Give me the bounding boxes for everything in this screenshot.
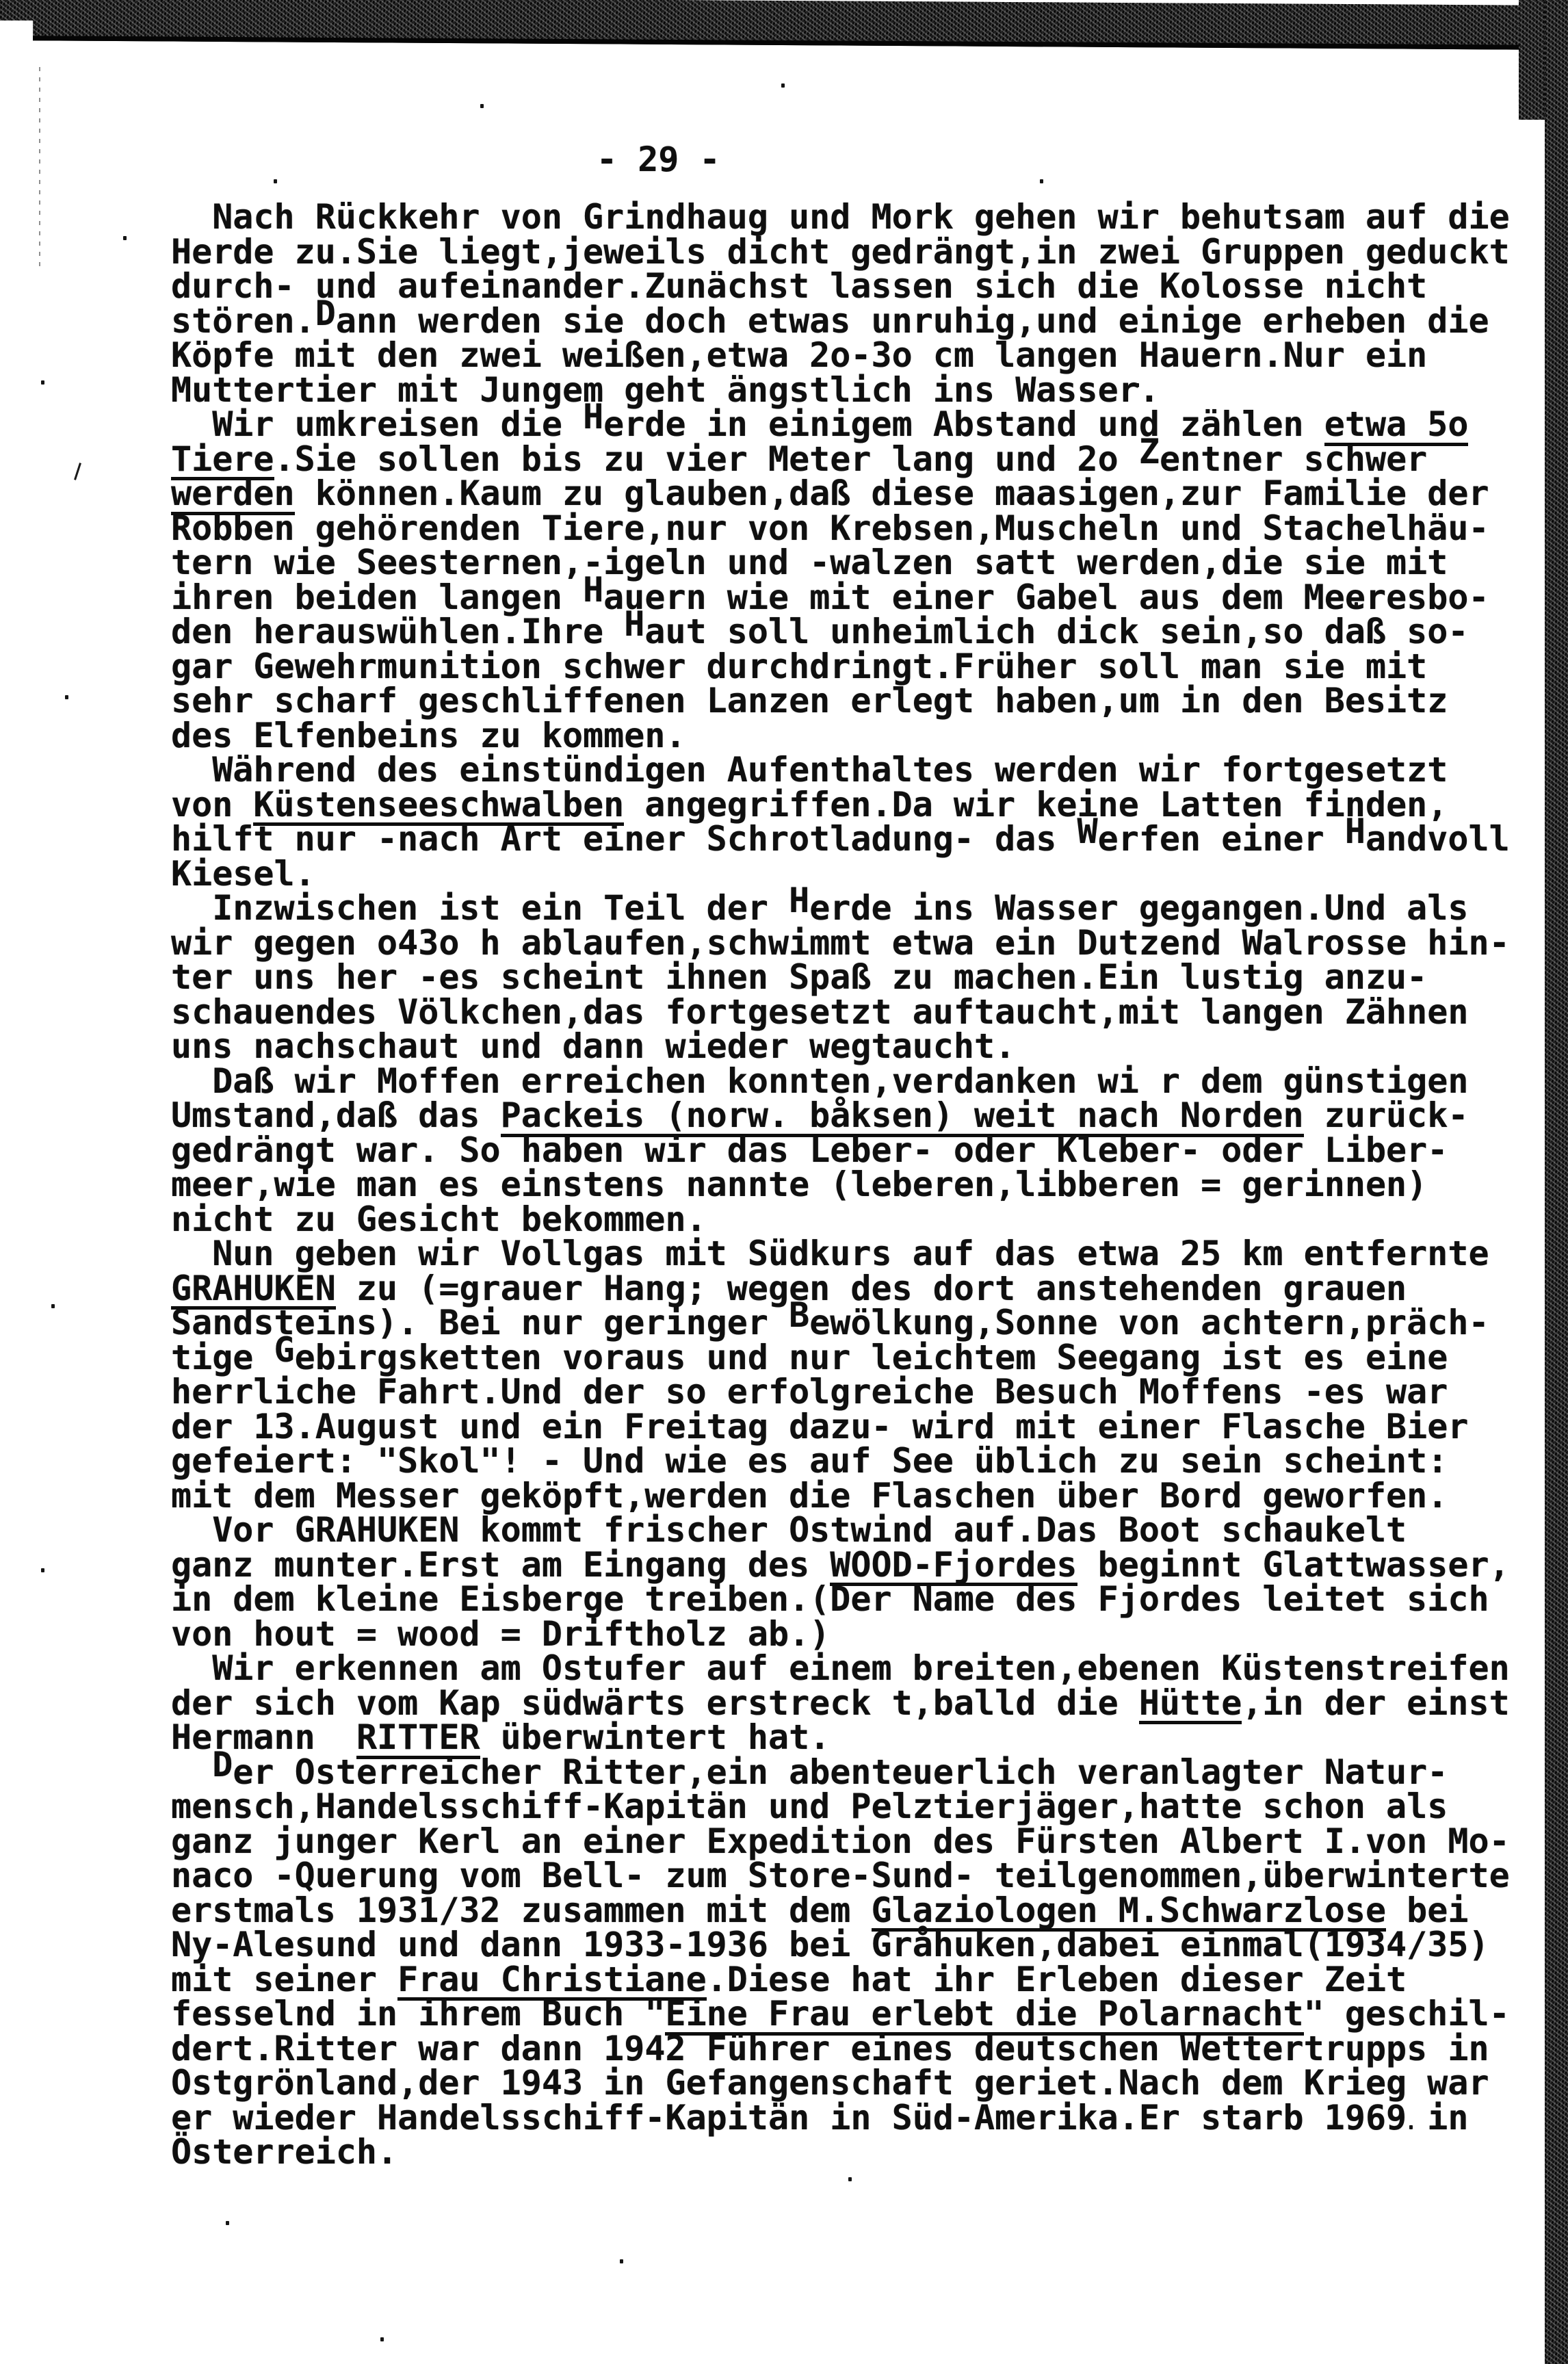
text-segment: H (1345, 814, 1366, 849)
text-line: Wir umkreisen die Herde in einigem Absta… (171, 407, 1546, 442)
text-segment: gedrängt war. So haben wir das Leber- od… (171, 1133, 1448, 1168)
text-line: werden können.Kaum zu glauben,daß diese … (171, 476, 1546, 511)
text-segment: Österreich. (171, 2135, 397, 2170)
text-segment: stören. (171, 304, 315, 339)
scan-speck (226, 2221, 229, 2225)
scan-speck (1136, 383, 1139, 387)
scan-speck (380, 2337, 384, 2341)
text-segment: er wieder Handelsschiff-Kapitän in Süd-A… (171, 2101, 1468, 2135)
text-segment: Vor GRAHUKEN kommt frischer Ostwind auf.… (171, 1513, 1407, 1548)
text-segment: Robben gehörenden Tiere,nur von Krebsen,… (171, 511, 1489, 546)
text-line: gar Gewehrmunition schwer durchdringt.Fr… (171, 649, 1546, 684)
text-line: Köpfe mit den zwei weißen,etwa 2o-3o cm … (171, 338, 1546, 373)
text-line: tige Gebirgsketten voraus und nur leicht… (171, 1340, 1546, 1375)
text-line: Ostgrönland,der 1943 in Gefangenschaft g… (171, 2066, 1546, 2101)
text-segment: Nach Rückkehr von Grindhaug und Mork geh… (171, 200, 1510, 235)
text-segment: H (789, 883, 809, 918)
scan-mark-slash (74, 463, 81, 480)
text-segment: der 13.August und ein Freitag dazu- wird… (171, 1410, 1468, 1444)
text-segment: dert.Ritter war dann 1942 Führer eines d… (171, 2031, 1489, 2066)
text-segment: Kiesel. (171, 857, 315, 892)
text-segment: Während des einstündigen Aufenthaltes we… (171, 753, 1448, 788)
text-segment: H (583, 573, 603, 608)
text-segment: D (212, 1748, 233, 1782)
text-segment: erde ins Wasser gegangen.Und als (809, 891, 1468, 926)
text-segment: Herde zu.Sie liegt,jeweils dicht gedräng… (171, 235, 1510, 270)
text-line: ter uns her -es scheint ihnen Spaß zu ma… (171, 960, 1546, 995)
text-line: ihren beiden langen Hauern wie mit einer… (171, 580, 1546, 615)
text-line: Während des einstündigen Aufenthaltes we… (171, 753, 1546, 788)
text-segment: tern wie Seesternen,-igeln und -walzen s… (171, 545, 1448, 580)
text-line: der sich vom Kap südwärts erstreck t,bal… (171, 1686, 1546, 1721)
text-segment: meer,wie man es einstens nannte (leberen… (171, 1167, 1427, 1202)
text-segment: hilft nur -nach Art einer Schrotladung- … (171, 822, 1077, 857)
text-segment: Daß wir Moffen erreichen konnten,verdank… (171, 1064, 1468, 1099)
text-line: ganz junger Kerl an einer Expedition des… (171, 1824, 1546, 1859)
scan-speck (1040, 179, 1043, 183)
text-segment: Ostgrönland,der 1943 in Gefangenschaft g… (171, 2066, 1489, 2101)
text-segment: von (171, 788, 253, 822)
text-segment: Sandsteins). Bei nur geringer (171, 1306, 789, 1340)
text-segment: uns nachschaut und dann wieder wegtaucht… (171, 1029, 1015, 1064)
document-page: - 29 - Nach Rückkehr von Grindhaug und M… (0, 0, 1568, 2364)
scan-speck (41, 1568, 44, 1572)
text-line: des Elfenbeins zu kommen. (171, 718, 1546, 753)
page-number: - 29 - (597, 140, 720, 179)
scan-speck (1355, 602, 1358, 606)
text-line: gefeiert: "Skol"! - Und wie es auf See ü… (171, 1444, 1546, 1479)
text-line: Umstand,daß das Packeis (norw. båksen) w… (171, 1098, 1546, 1133)
scan-artifact-page-edge-line (39, 67, 40, 272)
text-segment: Wir erkennen am Ostufer auf einem breite… (171, 1651, 1510, 1686)
text-line: Nach Rückkehr von Grindhaug und Mork geh… (171, 200, 1546, 235)
text-segment: erstmals 1931/32 zusammen mit dem (171, 1893, 872, 1928)
text-line: durch- und aufeinander.Zunächst lassen s… (171, 269, 1546, 304)
text-segment: überwintert hat. (480, 1720, 831, 1755)
text-segment: zurück- (1304, 1098, 1469, 1133)
text-line: Tiere.Sie sollen bis zu vier Meter lang … (171, 442, 1546, 477)
text-line: Österreich. (171, 2135, 1546, 2170)
text-segment: ,in der einst (1242, 1686, 1509, 1721)
text-line: Kiesel. (171, 857, 1546, 892)
text-segment: in dem kleine Eisberge treiben.(Der Name… (171, 1582, 1489, 1617)
text-line: von Küstenseeschwalben angegriffen.Da wi… (171, 788, 1546, 822)
text-line: Hermann RITTER überwintert hat. (171, 1720, 1546, 1755)
text-line: mit dem Messer geköpft,werden die Flasch… (171, 1479, 1546, 1514)
text-line: mensch,Handelsschiff-Kapitän und Pelztie… (171, 1789, 1546, 1824)
text-line: GRAHUKEN zu (=grauer Hang; wegen des dor… (171, 1271, 1546, 1306)
text-segment: aut soll unheimlich dick sein,so daß so- (644, 614, 1468, 649)
text-line: gedrängt war. So haben wir das Leber- od… (171, 1133, 1546, 1168)
text-segment: andvoll (1366, 822, 1510, 857)
text-segment: herrliche Fahrt.Und der so erfolgreiche … (171, 1375, 1448, 1410)
text-segment: Köpfe mit den zwei weißen,etwa 2o-3o cm … (171, 338, 1427, 373)
text-segment: Umstand,daß das (171, 1098, 501, 1133)
text-line: der 13.August und ein Freitag dazu- wird… (171, 1410, 1546, 1444)
text-line: wir gegen o43o h ablaufen,schwimmt etwa … (171, 926, 1546, 961)
text-segment: G (274, 1333, 295, 1368)
text-line: stören.Dann werden sie doch etwas unruhi… (171, 304, 1546, 339)
text-line: sehr scharf geschliffenen Lanzen erlegt … (171, 684, 1546, 718)
text-segment: Inzwischen ist ein Teil der (171, 891, 789, 926)
text-segment: entner schwer (1160, 442, 1427, 477)
text-line: uns nachschaut und dann wieder wegtaucht… (171, 1029, 1546, 1064)
text-line: Ny-Alesund und dann 1933-1936 bei Gråhuk… (171, 1927, 1546, 1962)
text-segment: sehr scharf geschliffenen Lanzen erlegt … (171, 684, 1448, 718)
scan-speck (781, 83, 785, 88)
text-segment: erfen einer (1098, 822, 1345, 857)
text-line: naco -Querung vom Bell- zum Store-Sund- … (171, 1858, 1546, 1893)
text-segment: fesselnd in ihrem Buch " (171, 1997, 665, 2031)
text-segment: des Elfenbeins zu kommen. (171, 718, 686, 753)
text-segment: ebirgsketten voraus und nur leichtem See… (295, 1340, 1448, 1375)
text-line: Vor GRAHUKEN kommt frischer Ostwind auf.… (171, 1513, 1546, 1548)
scan-speck (123, 236, 127, 240)
scan-speck (65, 695, 68, 699)
text-segment: Muttertier mit Jungem geht ängstlich ins… (171, 373, 1160, 408)
text-segment: Hermann (171, 1720, 356, 1755)
text-segment: .Diese hat ihr Erleben dieser Zeit (707, 1962, 1407, 1997)
text-segment: ihren beiden langen (171, 580, 583, 615)
text-segment: ganz munter.Erst am Eingang des (171, 1548, 830, 1583)
text-segment: .Sie sollen bis zu vier Meter lang und 2… (274, 442, 1139, 477)
text-line: Sandsteins). Bei nur geringer Bewölkung,… (171, 1306, 1546, 1340)
text-line: erstmals 1931/32 zusammen mit dem Glazio… (171, 1893, 1546, 1928)
text-segment: mit dem Messer geköpft,werden die Flasch… (171, 1479, 1448, 1514)
scan-artifact-right-band (1545, 0, 1568, 2364)
text-segment: wir gegen o43o h ablaufen,schwimmt etwa … (171, 926, 1510, 961)
text-segment: nicht zu Gesicht bekommen. (171, 1202, 707, 1237)
text-segment: tige (171, 1340, 274, 1375)
text-segment: H (583, 400, 603, 434)
scan-speck (41, 380, 44, 385)
text-line: von hout = wood = Driftholz ab.) (171, 1617, 1546, 1652)
text-segment: Ny-Alesund und dann 1933-1936 bei Gråhuk… (171, 1927, 1489, 1962)
text-segment: B (789, 1298, 809, 1333)
text-segment: mensch,Handelsschiff-Kapitän und Pelztie… (171, 1789, 1448, 1824)
text-segment: H (624, 607, 644, 642)
text-segment: schauendes Völkchen,das fortgesetzt auft… (171, 995, 1468, 1030)
text-line: Nun geben wir Vollgas mit Südkurs auf da… (171, 1236, 1546, 1271)
scan-artifact-top-band (0, 0, 1568, 50)
text-line: er wieder Handelsschiff-Kapitän in Süd-A… (171, 2101, 1546, 2135)
text-line: nicht zu Gesicht bekommen. (171, 1202, 1546, 1237)
text-segment: der sich vom Kap südwärts erstreck t,bal… (171, 1686, 1139, 1721)
text-line: hilft nur -nach Art einer Schrotladung- … (171, 822, 1546, 857)
text-segment: ann werden sie doch etwas unruhig,und ei… (336, 304, 1489, 339)
scan-speck (620, 2259, 623, 2263)
text-line: herrliche Fahrt.Und der so erfolgreiche … (171, 1375, 1546, 1410)
text-line: fesselnd in ihrem Buch "Eine Frau erlebt… (171, 1997, 1546, 2031)
text-line: Muttertier mit Jungem geht ängstlich ins… (171, 373, 1546, 408)
text-block: Nach Rückkehr von Grindhaug und Mork geh… (171, 200, 1546, 2170)
scan-speck (1409, 2125, 1413, 2129)
text-line: dert.Ritter war dann 1942 Führer eines d… (171, 2031, 1546, 2066)
text-segment: angegriffen.Da wir keine Latten finden, (624, 788, 1448, 822)
scan-speck (51, 1304, 55, 1308)
text-segment: bei (1386, 1893, 1468, 1928)
text-segment: mit seiner (171, 1962, 397, 1997)
text-segment: D (315, 296, 336, 331)
text-line: den herauswühlen.Ihre Haut soll unheimli… (171, 614, 1546, 649)
text-line: ganz munter.Erst am Eingang des WOOD-Fjo… (171, 1548, 1546, 1583)
underlined-text: Hütte (1139, 1686, 1242, 1725)
scan-speck (848, 2177, 852, 2181)
text-segment: ewölkung,Sonne von achtern,präch- (809, 1306, 1489, 1340)
text-segment: zu (=grauer Hang; wegen des dort anstehe… (336, 1271, 1407, 1306)
scan-speck (480, 104, 484, 108)
text-segment: er Osterreicher Ritter,ein abenteuerlich… (233, 1755, 1448, 1790)
text-line: Robben gehörenden Tiere,nur von Krebsen,… (171, 511, 1546, 546)
text-segment: ter uns her -es scheint ihnen Spaß zu ma… (171, 960, 1427, 995)
text-line: Daß wir Moffen erreichen konnten,verdank… (171, 1064, 1546, 1099)
text-line: Inzwischen ist ein Teil der Herde ins Wa… (171, 891, 1546, 926)
text-line: schauendes Völkchen,das fortgesetzt auft… (171, 995, 1546, 1030)
text-segment: gefeiert: "Skol"! - Und wie es auf See ü… (171, 1444, 1448, 1479)
text-segment: Wir umkreisen die (171, 407, 583, 442)
text-line: Der Osterreicher Ritter,ein abenteuerlic… (171, 1755, 1546, 1790)
text-line: in dem kleine Eisberge treiben.(Der Name… (171, 1582, 1546, 1617)
text-segment (171, 1755, 212, 1790)
text-segment: durch- und aufeinander.Zunächst lassen s… (171, 269, 1427, 304)
text-segment: auern wie mit einer Gabel aus dem Meeres… (603, 580, 1489, 615)
text-segment: können.Kaum zu glauben,daß diese maasige… (295, 476, 1489, 511)
text-segment: ganz junger Kerl an einer Expedition des… (171, 1824, 1510, 1859)
text-segment: gar Gewehrmunition schwer durchdringt.Fr… (171, 649, 1427, 684)
text-line: Herde zu.Sie liegt,jeweils dicht gedräng… (171, 235, 1546, 270)
text-segment: W (1077, 814, 1098, 849)
text-segment: beginnt Glattwasser, (1077, 1548, 1510, 1583)
text-line: meer,wie man es einstens nannte (leberen… (171, 1167, 1546, 1202)
text-line: tern wie Seesternen,-igeln und -walzen s… (171, 545, 1546, 580)
text-line: mit seiner Frau Christiane.Diese hat ihr… (171, 1962, 1546, 1997)
text-segment: erde in einigem Abstand und zählen (603, 407, 1324, 442)
text-segment: den herauswühlen.Ihre (171, 614, 624, 649)
text-line: Wir erkennen am Ostufer auf einem breite… (171, 1651, 1546, 1686)
text-segment: von hout = wood = Driftholz ab.) (171, 1617, 830, 1652)
scan-artifact-corner-notch (0, 21, 33, 74)
text-segment: naco -Querung vom Bell- zum Store-Sund- … (171, 1858, 1510, 1893)
text-segment: " geschil- (1304, 1997, 1510, 2031)
text-segment: Z (1139, 434, 1160, 469)
text-segment: Nun geben wir Vollgas mit Südkurs auf da… (171, 1236, 1489, 1271)
scan-speck (274, 179, 277, 183)
